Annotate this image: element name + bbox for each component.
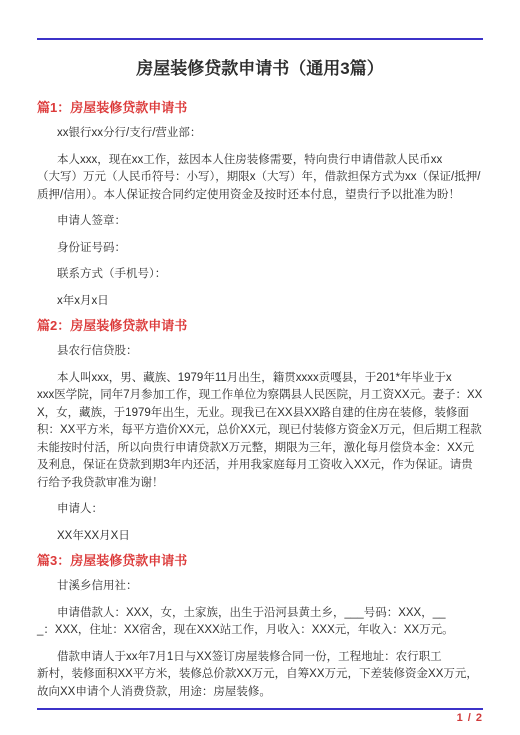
paragraph: XX年XX月X日 (37, 528, 483, 546)
document-page: 房屋装修贷款申请书（通用3篇） 篇1：房屋装修贷款申请书xx银行xx分行/支行/… (0, 0, 520, 735)
paragraph: x年x月x日 (37, 293, 483, 311)
paragraph: 借款申请人于xx年7月1日与XX签订房屋装修合同一份，工程地址：农行职工 新村，… (37, 649, 483, 702)
page-title: 房屋装修贷款申请书（通用3篇） (37, 56, 483, 82)
paragraph: 本人叫xxx，男、藏族、1979年11月出生，籍贯xxxx贡嘎县，于201*年毕… (37, 370, 483, 493)
paragraph: 联系方式（手机号）： (37, 266, 483, 284)
paragraph: 申请人： (37, 501, 483, 519)
paragraph: 申请人签章： (37, 213, 483, 231)
document-section: 篇2：房屋装修贷款申请书县农行信贷股：本人叫xxx，男、藏族、1979年11月出… (37, 318, 483, 545)
paragraph: 甘溪乡信用社： (37, 578, 483, 596)
paragraph: 县农行信贷股： (37, 343, 483, 361)
document-section: 篇3：房屋装修贷款申请书甘溪乡信用社：申请借款人：XXX，女，土家族，出生于沿河… (37, 553, 483, 701)
paragraph: 本人xxx，现在xx工作，兹因本人住房装修需要，特向贵行申请借款人民币xx （大… (37, 152, 483, 205)
top-divider (37, 38, 483, 40)
section-heading: 篇1：房屋装修贷款申请书 (37, 100, 483, 116)
document-body: 篇1：房屋装修贷款申请书xx银行xx分行/支行/营业部：本人xxx，现在xx工作… (37, 100, 483, 701)
section-heading: 篇2：房屋装修贷款申请书 (37, 318, 483, 334)
document-content: 房屋装修贷款申请书（通用3篇） 篇1：房屋装修贷款申请书xx银行xx分行/支行/… (37, 56, 483, 701)
paragraph: 身份证号码： (37, 240, 483, 258)
document-section: 篇1：房屋装修贷款申请书xx银行xx分行/支行/营业部：本人xxx，现在xx工作… (37, 100, 483, 310)
bottom-divider (37, 708, 483, 710)
paragraph: xx银行xx分行/支行/营业部： (37, 125, 483, 143)
paragraph: 申请借款人：XXX，女，土家族，出生于沿河县黄土乡，___号码：XXX，__ _… (37, 605, 483, 640)
section-heading: 篇3：房屋装修贷款申请书 (37, 553, 483, 569)
page-number: 1 / 2 (457, 712, 483, 724)
